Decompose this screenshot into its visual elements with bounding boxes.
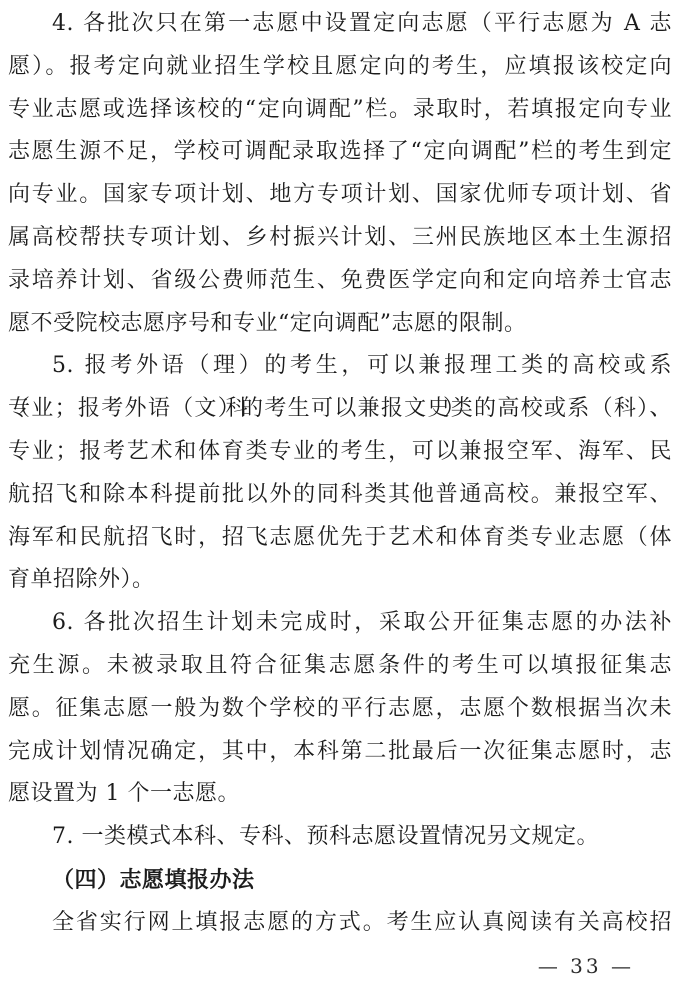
text-line: 专业；报考艺术和体育类专业的考生，可以兼报空军、海军、民 bbox=[8, 431, 672, 474]
text-line: 5. 报考外语（理）的考生，可以兼报理工类的高校或系（科）、 bbox=[8, 345, 672, 388]
section-heading: （四）志愿填报办法 bbox=[8, 859, 672, 902]
text-line: 充生源。未被录取且符合征集志愿条件的考生可以填报征集志 bbox=[8, 645, 672, 688]
text-line: 完成计划情况确定，其中，本科第二批最后一次征集志愿时，志 bbox=[8, 731, 672, 774]
text-line: 专业志愿或选择该校的“定向调配”栏。录取时，若填报定向专业 bbox=[8, 89, 672, 132]
text-line: 愿。征集志愿一般为数个学校的平行志愿，志愿个数根据当次未 bbox=[8, 688, 672, 731]
text-line: 愿不受院校志愿序号和专业“定向调配”志愿的限制。 bbox=[8, 303, 672, 346]
text-line: 航招飞和除本科提前批以外的同科类其他普通高校。兼报空军、 bbox=[8, 474, 672, 517]
page-number: — 33 — bbox=[538, 951, 634, 981]
text-line: 志愿生源不足，学校可调配录取选择了“定向调配”栏的考生到定 bbox=[8, 131, 672, 174]
text-line: 录培养计划、省级公费师范生、免费医学定向和定向培养士官志 bbox=[8, 260, 672, 303]
text-line: 7. 一类模式本科、专科、预科志愿设置情况另文规定。 bbox=[8, 816, 672, 859]
text-line: 专业；报考外语（文）的考生可以兼报文史类的高校或系（科）、 bbox=[8, 388, 672, 431]
document-page: 4. 各批次只在第一志愿中设置定向志愿（平行志愿为 A 志愿）。报考定向就业招生… bbox=[0, 0, 680, 988]
text-line: 愿）。报考定向就业招生学校且愿定向的考生，应填报该校定向 bbox=[8, 46, 672, 89]
document-body: 4. 各批次只在第一志愿中设置定向志愿（平行志愿为 A 志愿）。报考定向就业招生… bbox=[8, 3, 672, 945]
text-line: 6. 各批次招生计划未完成时，采取公开征集志愿的办法补 bbox=[8, 602, 672, 645]
text-line: 4. 各批次只在第一志愿中设置定向志愿（平行志愿为 A 志 bbox=[8, 3, 672, 46]
text-line: 属高校帮扶专项计划、乡村振兴计划、三州民族地区本土生源招 bbox=[8, 217, 672, 260]
text-line: 海军和民航招飞时，招飞志愿优先于艺术和体育类专业志愿（体 bbox=[8, 517, 672, 560]
text-line: 向专业。国家专项计划、地方专项计划、国家优师专项计划、省 bbox=[8, 174, 672, 217]
text-line: 全省实行网上填报志愿的方式。考生应认真阅读有关高校招 bbox=[8, 902, 672, 945]
text-line: 育单招除外）。 bbox=[8, 559, 672, 602]
text-line: 愿设置为 1 个一志愿。 bbox=[8, 773, 672, 816]
